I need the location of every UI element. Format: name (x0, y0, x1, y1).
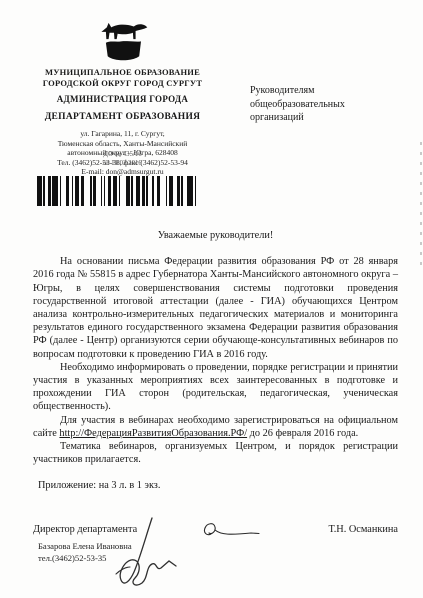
body-paragraph-4: Тематика вебинаров, организуемых Центром… (33, 440, 398, 466)
registration-block: ДО № 435/16 от 18.02.2016 (20, 151, 225, 168)
registration-number: ДО № 435/16 (20, 151, 225, 160)
registration-site-url: http://ФедерацияРазвитияОбразования.РФ/ (59, 428, 247, 439)
department-line: ДЕПАРТАМЕНТ ОБРАЗОВАНИЯ (20, 112, 225, 123)
letter-body: Уважаемые руководители! На основании пис… (33, 229, 398, 541)
org-name-line2: ГОРОДСКОЙ ОКРУГ ГОРОД СУРГУТ (20, 78, 225, 89)
director-signature (197, 519, 269, 541)
addressee-line: Руководителям (250, 84, 405, 98)
salutation: Уважаемые руководители! (33, 229, 398, 242)
administration-line: АДМИНИСТРАЦИЯ ГОРОДА (20, 94, 225, 105)
barcode-icon (37, 176, 207, 206)
paragraph-3-text-after-link: до 26 февраля 2016 года. (247, 428, 358, 439)
attachment-note: Приложение: на 3 л. в 1 экз. (33, 479, 398, 492)
addressee-block: Руководителям общеобразовательных органи… (250, 84, 405, 125)
addressee-line: организаций (250, 111, 405, 125)
scanned-letter-page: МУНИЦИПАЛЬНОЕ ОБРАЗОВАНИЕ ГОРОДСКОЙ ОКРУ… (0, 0, 423, 598)
address-line: Тюменская область, Ханты-Мансийский (20, 139, 225, 149)
body-paragraph-3: Для участия в вебинарах необходимо зарег… (33, 414, 398, 440)
signature-row: Директор департамента Т.Н. Османкина (33, 519, 398, 541)
body-paragraph-1: На основании письма Федерации развития о… (33, 255, 398, 361)
executor-signature (96, 514, 188, 596)
org-name-line1: МУНИЦИПАЛЬНОЕ ОБРАЗОВАНИЕ (20, 67, 225, 78)
body-paragraph-2: Необходимо информировать о проведении, п… (33, 361, 398, 414)
scan-artifact (420, 142, 422, 267)
address-line: ул. Гагарина, 11, г. Сургут, (20, 129, 225, 139)
surgut-fox-emblem-icon (96, 16, 150, 64)
addressee-line: общеобразовательных (250, 98, 405, 112)
registration-date: от 18.02.2016 (20, 160, 225, 169)
signer-name: Т.Н. Османкина (328, 523, 398, 536)
